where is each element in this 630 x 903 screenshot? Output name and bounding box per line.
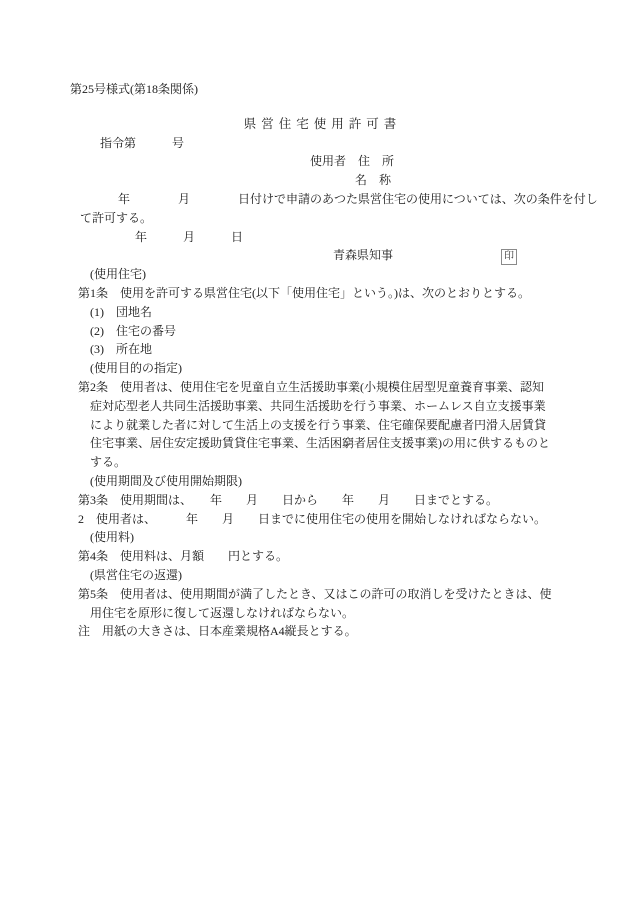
form-number: 第25号様式(第18条関係) (70, 80, 570, 99)
article-4-line: 第4条 使用料は、月額 円とする。 (70, 547, 570, 566)
list-item-3: (3) 所在地 (70, 340, 570, 359)
article-2-line-1: 第2条 使用者は、使用住宅を児童自立生活援助事業(小規模住居型児童養育事業、認知 (70, 378, 570, 397)
list-item-2: (2) 住宅の番号 (70, 322, 570, 341)
article-5-line-2: 用住宅を原形に復して返還しなければならない。 (70, 604, 570, 623)
article-2-line-3: により就業した者に対して生活上の支援を行う事業、住宅確保要配慮者円滑入居賃貸 (70, 416, 570, 435)
section-caption-return: (県営住宅の返還) (70, 566, 570, 585)
section-caption-housing: (使用住宅) (70, 265, 570, 284)
article-2-line-2: 症対応型老人共同生活援助事業、共同生活援助を行う事業、ホームレス自立支援事業 (70, 397, 570, 416)
governor-name: 青森県知事 (333, 248, 393, 262)
governor-line: 青森県知事印 (70, 246, 570, 265)
document-title: 県営住宅使用許可書 (70, 115, 570, 134)
article-3-clause-2: 2 使用者は、 年 月 日までに使用住宅の使用を開始しなければならない。 (70, 510, 570, 529)
section-caption-period: (使用期間及び使用開始期限) (70, 472, 570, 491)
article-5-line-1: 第5条 使用者は、使用期間が満了したとき、又はこの許可の取消しを受けたときは、使 (70, 585, 570, 604)
document-body: 第25号様式(第18条関係) 県営住宅使用許可書 指令第 号 使用者 住 所 名… (70, 80, 570, 641)
preamble-line-1: 年 月 日付けで申請のあつた県営住宅の使用については、次の条件を付し (70, 190, 570, 209)
section-caption-purpose: (使用目的の指定) (70, 359, 570, 378)
seal-stamp-icon: 印 (501, 249, 517, 265)
section-caption-fee: (使用料) (70, 528, 570, 547)
note-line: 注 用紙の大きさは、日本産業規格A4縦長とする。 (70, 622, 570, 641)
article-1-line: 第1条 使用を許可する県営住宅(以下「使用住宅」という。)は、次のとおりとする。 (70, 284, 570, 303)
user-name-label: 名 称 (70, 171, 570, 190)
user-address-label: 使用者 住 所 (70, 152, 570, 171)
directive-number-line: 指令第 号 (70, 134, 570, 153)
article-2-line-4: 住宅事業、居住安定援助賃貸住宅事業、生活困窮者居住支援事業)の用に供するものと (70, 434, 570, 453)
preamble-line-2: て許可する。 (70, 209, 570, 228)
list-item-1: (1) 団地名 (70, 303, 570, 322)
document-page: 第25号様式(第18条関係) 県営住宅使用許可書 指令第 号 使用者 住 所 名… (0, 0, 630, 903)
article-3-line: 第3条 使用期間は、 年 月 日から 年 月 日までとする。 (70, 491, 570, 510)
issue-date-line: 年 月 日 (70, 228, 570, 247)
article-2-line-5: する。 (70, 453, 570, 472)
